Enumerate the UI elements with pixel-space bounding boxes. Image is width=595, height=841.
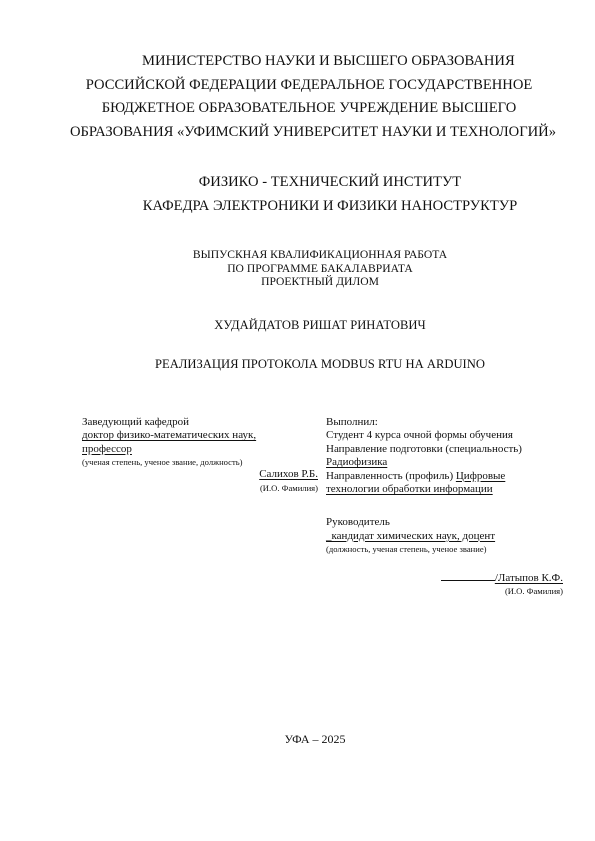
head-name: Салихов Р.Б. (82, 468, 318, 481)
head-label: Заведующий кафедрой (82, 416, 318, 429)
supervisor-name: /Латыпов К.Ф. (495, 572, 563, 584)
work-type-line: ПО ПРОГРАММЕ БАКАЛАВРИАТА (150, 262, 490, 276)
work-type-line: ПРОЕКТНЫЙ ДИЛОМ (150, 275, 490, 289)
profile-value-cont: технологии обработки информации (326, 483, 566, 496)
profile-value: Цифровые (456, 470, 505, 482)
performer-block: Выполнил: Студент 4 курса очной формы об… (326, 416, 566, 496)
supervisor-label: Руководитель (326, 516, 566, 530)
author-name: ХУДАЙДАТОВ РИШАТ РИНАТОВИЧ (150, 318, 490, 333)
supervisor-position-hint: (должность, ученая степень, ученое звани… (326, 543, 566, 555)
department-name: КАФЕДРА ЭЛЕКТРОНИКИ И ФИЗИКИ НАНОСТРУКТУ… (110, 195, 550, 219)
institute-block: ФИЗИКО - ТЕХНИЧЕСКИЙ ИНСТИТУТ КАФЕДРА ЭЛ… (110, 171, 550, 218)
ministry-line: РОССИЙСКОЙ ФЕДЕРАЦИИ ФЕДЕРАЛЬНОЕ ГОСУДАР… (70, 74, 548, 98)
direction-value: Радиофизика (326, 456, 566, 469)
profile-line: Направленность (профиль) Цифровые (326, 470, 566, 483)
work-type-line: ВЫПУСКНАЯ КВАЛИФИКАЦИОННАЯ РАБОТА (150, 248, 490, 262)
performer-label: Выполнил: (326, 416, 566, 429)
head-title: профессор (82, 443, 318, 456)
signature-line (441, 570, 495, 581)
head-name-hint: (И.О. Фамилия) (82, 482, 318, 494)
ministry-line: МИНИСТЕРСТВО НАУКИ И ВЫСШЕГО ОБРАЗОВАНИЯ (70, 50, 548, 74)
head-degree: доктор физико-математических наук, (82, 429, 318, 442)
ministry-header: МИНИСТЕРСТВО НАУКИ И ВЫСШЕГО ОБРАЗОВАНИЯ… (70, 50, 548, 145)
supervisor-signature: /Латыпов К.Ф. (И.О. Фамилия) (380, 570, 563, 597)
student-info: Студент 4 курса очной формы обучения (326, 429, 566, 442)
ministry-line: БЮДЖЕТНОЕ ОБРАЗОВАТЕЛЬНОЕ УЧРЕЖДЕНИЕ ВЫС… (70, 97, 548, 121)
institute-name: ФИЗИКО - ТЕХНИЧЕСКИЙ ИНСТИТУТ (110, 171, 550, 195)
ministry-line: ОБРАЗОВАНИЯ «УФИМСКИЙ УНИВЕРСИТЕТ НАУКИ … (70, 121, 548, 145)
profile-label: Направленность (профиль) (326, 470, 453, 482)
supervisor-name-hint: (И.О. Фамилия) (380, 585, 563, 597)
work-type: ВЫПУСКНАЯ КВАЛИФИКАЦИОННАЯ РАБОТА ПО ПРО… (150, 248, 490, 289)
direction-label: Направление подготовки (специальность) (326, 443, 566, 456)
head-of-department-block: Заведующий кафедрой доктор физико-матема… (82, 416, 318, 494)
thesis-topic: РЕАЛИЗАЦИЯ ПРОТОКОЛА MODBUS RTU НА ARDUI… (120, 357, 520, 372)
head-degree-hint: (ученая степень, ученое звание, должност… (82, 456, 318, 468)
supervisor-block: Руководитель _кандидат химических наук, … (326, 516, 566, 555)
supervisor-position: _кандидат химических наук, доцент (326, 530, 566, 544)
city-year: УФА – 2025 (200, 732, 430, 746)
